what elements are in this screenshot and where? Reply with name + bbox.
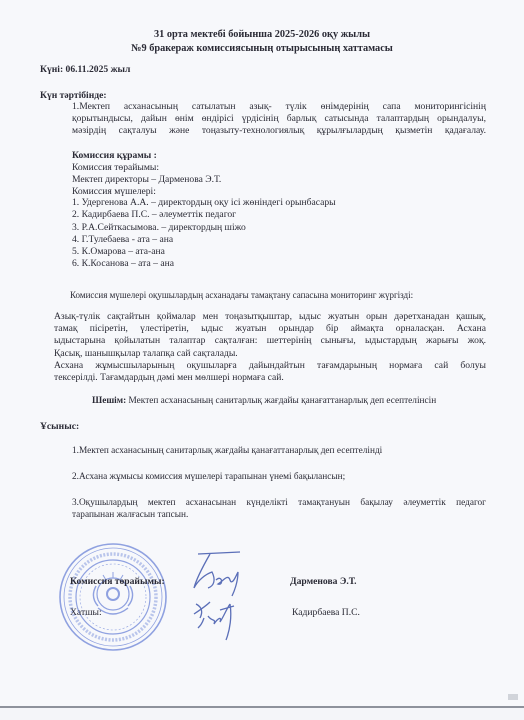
commission-members-list: 1. Удергенова А.А. – директордың оқу ісі… [72,197,336,271]
member-item: 6. К.Косанова – ата – ана [72,258,336,270]
proposal-item-2: 2.Асхана жұмысы комиссия мүшелері тарапы… [72,471,345,483]
document-title-line2: №9 бракераж комиссиясының отырысының хат… [0,43,524,54]
document-page: 31 орта мектебі бойынша 2025-2026 оқу жы… [0,0,524,708]
commission-chair-label: Комиссия төрайымы: [72,162,159,174]
agenda-line: 1.Мектеп асханасының сатылатын азық- түл… [72,101,486,113]
decision: Шешім: Мектеп асханасының санитарлық жағ… [92,395,436,407]
monitoring-line: Асхана жұмысшыларының оқушыларға дайында… [54,360,486,372]
monitoring-line: тамақ пісіретін, үлестіретін, ыдыс жуаты… [54,323,486,335]
chair-signature-icon [188,550,248,598]
scan-artifact [508,694,518,700]
monitoring-text: Азық-түлік сақтайтын қоймалар мен тоңазы… [54,311,486,384]
signature-secretary-label: Хатшы: [70,607,102,619]
member-item: 1. Удергенова А.А. – директордың оқу ісі… [72,197,336,209]
agenda-text: 1.Мектеп асханасының сатылатын азық- түл… [72,101,486,138]
document-title-line1: 31 орта мектебі бойынша 2025-2026 оқу жы… [0,29,524,40]
decision-text: Мектеп асханасының санитарлық жағдайы қа… [126,396,436,406]
member-item: 3. Р.А.Сейткасымова. – директордың шіжо [72,222,336,234]
meeting-date: Күні: 06.11.2025 жыл [40,64,130,76]
signature-secretary-name: Кадирбаева П.С. [292,607,360,619]
monitoring-line: тексерілді. Тағамдардың дәмі мен мөлшері… [54,372,486,384]
official-stamp-icon [58,542,168,652]
monitoring-line: ыдыстарына қойылатын талаптар сақталған:… [54,335,486,347]
monitoring-intro: Комиссия мүшелері оқушылардың асханадағы… [70,289,413,301]
proposal-line: тарапынан жалғасын тапсын. [72,509,486,521]
decision-label: Шешім: [92,396,126,406]
commission-heading: Комиссия құрамы : [72,150,157,162]
monitoring-line: Азық-түлік сақтайтын қоймалар мен тоңазы… [54,311,486,323]
proposal-item-1: 1.Мектеп асханасының санитарлық жағдайы … [72,445,382,457]
monitoring-line: Қасық, шанышқылар талапқа сай сақталады. [54,348,486,360]
proposal-line: 3.Оқушылардың мектеп асханасынан күнделі… [72,497,486,509]
secretary-signature-icon [190,596,246,642]
signature-chair-name: Дарменова Э.Т. [290,576,357,588]
proposals-heading: Ұсыныс: [40,421,79,433]
member-item: 5. К.Омарова – ата-ана [72,246,336,258]
member-item: 2. Кадирбаева П.С. – әлеуметтік педагог [72,209,336,221]
proposal-item-3: 3.Оқушылардың мектеп асханасынан күнделі… [72,497,486,521]
agenda-line: мәзірдің сақталуы және тоңазыту-технолог… [72,125,486,137]
signature-chair-label: Комиссия төрайымы: [70,576,165,588]
agenda-line: қорытындысы, дайын өнім өндірісі үрдісін… [72,113,486,125]
member-item: 4. Г.Тулебаева - ата – ана [72,234,336,246]
commission-chair: Мектеп директоры – Дарменова Э.Т. [72,174,221,186]
